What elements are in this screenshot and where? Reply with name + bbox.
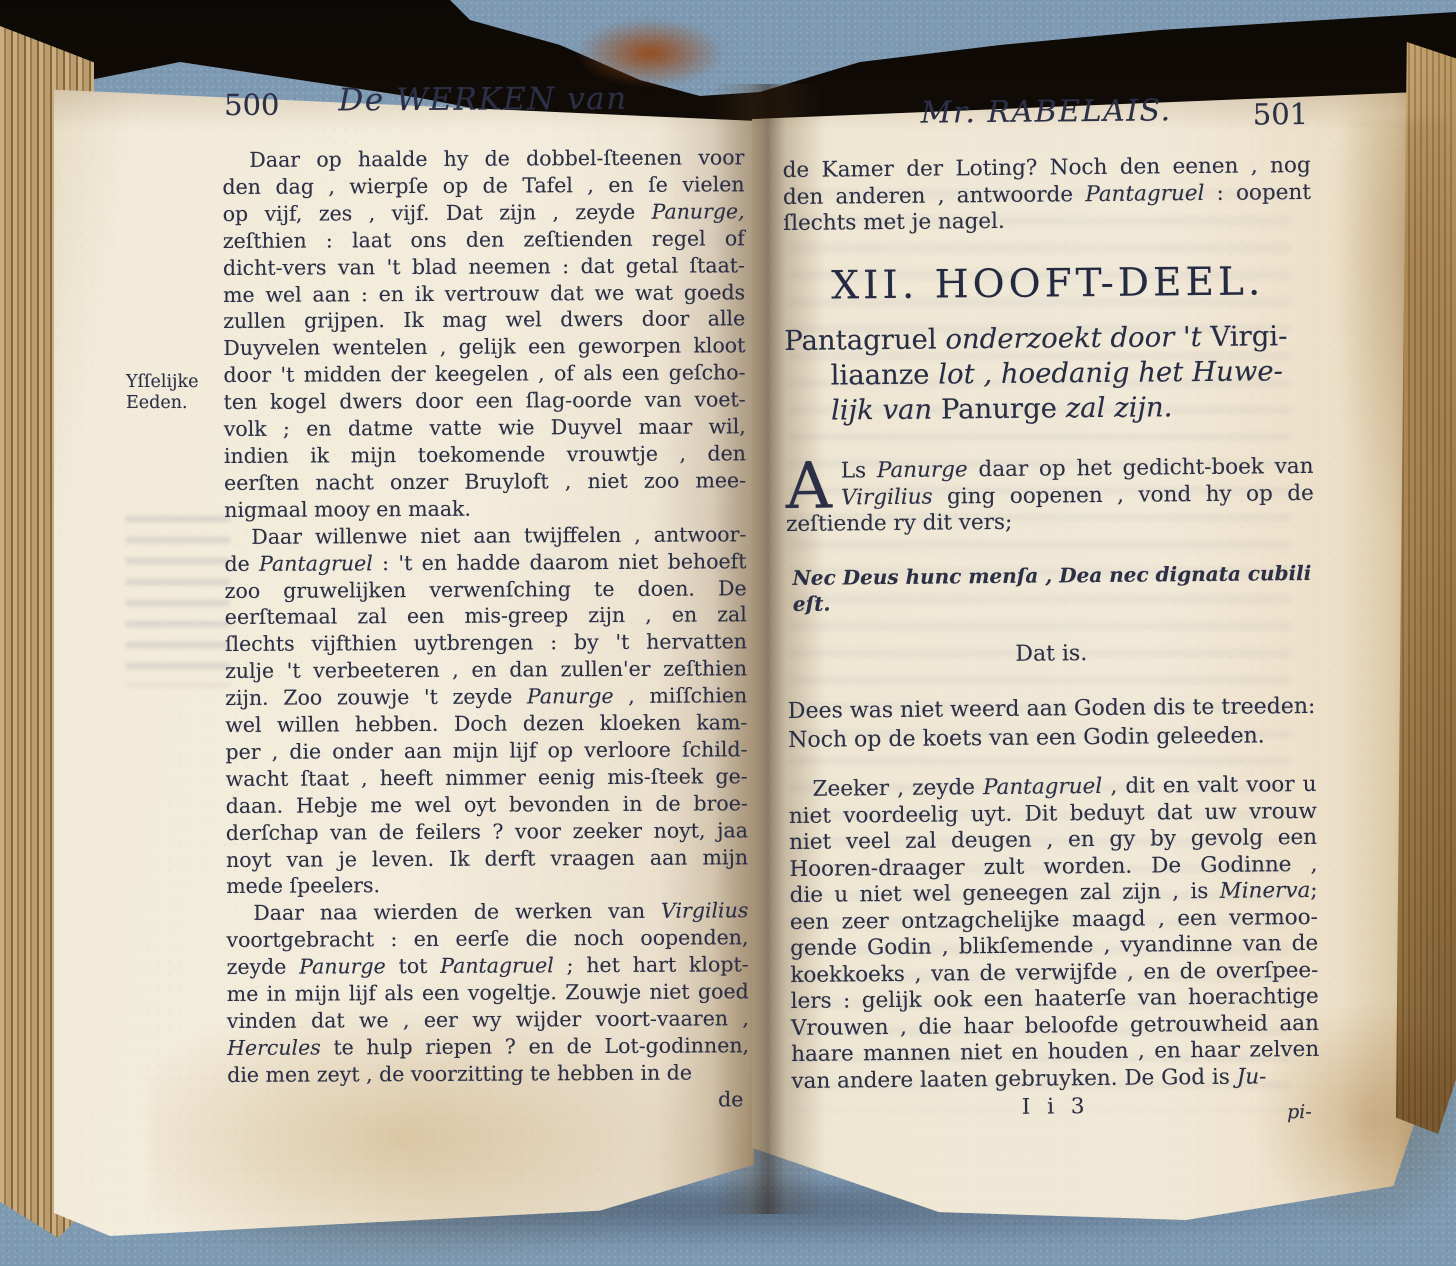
text-line: Virgilius ging oopenen , vond hy op de bbox=[786, 480, 1314, 512]
text-line: Daar naa wierden de werken van Virgilius bbox=[226, 898, 748, 928]
text-line: vinden dat we , eer wy wijder voort-vaar… bbox=[227, 1005, 749, 1035]
opening-lines: Ls Panurge daar op het gedicht-boek vanV… bbox=[785, 454, 1314, 539]
text-line: zullen grijpen. Ik mag wel dwers door al… bbox=[223, 306, 745, 336]
margin-note: YſſelijkeEeden. bbox=[126, 372, 222, 414]
text-line: Yſſelijke bbox=[126, 372, 222, 393]
text-line: noyt van je leven. Ik derft vraagen aan … bbox=[226, 844, 748, 874]
catchword: de bbox=[227, 1086, 749, 1116]
latin-verse: Nec Deus hunc menſa , Dea nec dignata cu… bbox=[792, 559, 1314, 617]
text-line: Hercules te hulp riepen ? en de Lot-godi… bbox=[227, 1032, 749, 1062]
signature-mark: I i 3 bbox=[792, 1092, 1320, 1124]
text-line: ten kogel dwers door een ſlag-oorde van … bbox=[224, 386, 746, 416]
text-line: Daar willenwe niet aan twijffelen , antw… bbox=[224, 521, 746, 551]
left-running-title: De WERKEN van bbox=[222, 85, 744, 115]
right-page-header: Mr. RABELAIS. 501 bbox=[782, 95, 1310, 146]
chapter-heading: XII. HOOFT-DEEL. bbox=[784, 268, 1312, 300]
text-line: Dees was niet weerd aan Goden dis te tre… bbox=[788, 693, 1316, 727]
text-line: zeyde Panurge tot Pantagruel ; het hart … bbox=[227, 951, 749, 981]
right-page-number: 501 bbox=[1253, 101, 1309, 128]
paragraph: Daar op haalde hy de dobbel-ſteenen voor… bbox=[222, 144, 746, 523]
text-line: ſlechts vijfthien uytbrengen : by 't her… bbox=[225, 629, 747, 659]
text-line: den anderen , antwoorde Pantagruel : oop… bbox=[783, 179, 1311, 211]
text-line: zijn. Zoo zouwje 't zeyde Panurge , miſſ… bbox=[225, 682, 747, 712]
text-line: ſlechts met je nagel. bbox=[783, 206, 1311, 238]
paragraph: Daar naa wierden de werken van Virgilius… bbox=[226, 898, 749, 1089]
text-line: eerſten nacht onzer Bruyloft , niet zoo … bbox=[224, 467, 746, 497]
text-line: Noch op de koets van een Godin geleeden. bbox=[788, 721, 1316, 755]
translated-verse: Dees was niet weerd aan Goden dis te tre… bbox=[788, 693, 1317, 755]
binding-damage-spot bbox=[575, 18, 725, 88]
text-line: dicht-vers van 't blad neemen : dat geta… bbox=[223, 252, 745, 282]
text-line: zeſtiende ry dit vers; bbox=[786, 507, 1314, 539]
text-line: door 't midden der keegelen , of als een… bbox=[223, 360, 745, 390]
text-line: die men zeyt , de voorzitting te hebben … bbox=[227, 1059, 749, 1089]
right-page-text: Mr. RABELAIS. 501 de Kamer der Loting? N… bbox=[782, 95, 1320, 1127]
text-line: mede ſpeelers. bbox=[226, 871, 748, 901]
text-line: volk ; en datme vatte wie Duyvel maar wi… bbox=[224, 413, 746, 443]
right-running-title: Mr. RABELAIS. bbox=[782, 97, 1310, 129]
text-line: zeſthien : laat ons den zeſtienden regel… bbox=[223, 225, 745, 255]
text-line: wel willen hebben. Doch dezen kloeken ka… bbox=[225, 709, 747, 739]
text-line: me in mijn lijf als een vogeltje. Zouwje… bbox=[227, 978, 749, 1008]
text-line: de Pantagruel : 't en hadde daarom niet … bbox=[224, 548, 746, 578]
text-line: liaanze lot , hoedanig het Huwe- bbox=[830, 354, 1312, 394]
paragraph: Daar willenwe niet aan twijffelen , antw… bbox=[224, 521, 748, 900]
text-line: lijk van Panurge zal zijn. bbox=[831, 389, 1313, 429]
left-page-text: 500 De WERKEN van Daar op haalde hy de d… bbox=[222, 85, 749, 1115]
drop-cap: A bbox=[785, 458, 841, 512]
text-line: van andere laaten gebruyken. De God is J… bbox=[791, 1063, 1319, 1095]
text-line: zulje 't verbeeteren , en dan zullen'er … bbox=[225, 655, 747, 685]
text-line: eerſtemaal zal een mis-greep zijn , en z… bbox=[225, 602, 747, 632]
left-page-header: 500 De WERKEN van bbox=[222, 85, 744, 134]
text-line: den dag , wierpſe op de Tafel , en ſe vi… bbox=[222, 171, 744, 201]
signature-row: I i 3 pi- bbox=[792, 1092, 1320, 1127]
opening-paragraph: A Ls Panurge daar op het gedicht-boek va… bbox=[785, 454, 1314, 539]
dat-is-label: Dat is. bbox=[787, 638, 1315, 670]
chapter-subtitle: Pantagruel onderzoekt door 't Virgi-liaa… bbox=[784, 319, 1313, 429]
text-line: indien ik mijn toekomende vrouwtje , den bbox=[224, 440, 746, 470]
text-line: per , die onder aan mijn lijf op verloor… bbox=[225, 736, 747, 766]
text-line: me wel aan : en ik vertrouw dat we wat g… bbox=[223, 279, 745, 309]
catchword: pi- bbox=[1287, 1099, 1312, 1126]
text-line: nigmaal mooy en maak. bbox=[224, 494, 746, 524]
text-line: Duyvelen wentelen , gelijk een geworpen … bbox=[223, 333, 745, 363]
continuation-paragraph: de Kamer der Loting? Noch den eenen , no… bbox=[783, 153, 1312, 238]
book-photo-scene: 500 De WERKEN van Daar op haalde hy de d… bbox=[0, 0, 1456, 1266]
text-line: daan. Hebje me wel oyt bevonden in de br… bbox=[226, 790, 748, 820]
text-line: Pantagruel onderzoekt door 't Virgi- bbox=[784, 319, 1312, 359]
text-line: Daar op haalde hy de dobbel-ſteenen voor bbox=[222, 144, 744, 174]
body-paragraph: Zeeker , zeyde Pantagruel , dit en valt … bbox=[788, 772, 1319, 1095]
text-line: wacht ſtaat , heeft nimmer eenig mis-ſte… bbox=[226, 763, 748, 793]
text-line: Eeden. bbox=[126, 393, 222, 414]
text-line: voortgebracht : en eerſe die noch oopend… bbox=[226, 925, 748, 955]
text-line: op vijf, zes , vijf. Dat zijn , zeyde Pa… bbox=[223, 198, 745, 228]
text-line: zoo gruwelijken verwenſching te doen. De bbox=[225, 575, 747, 605]
text-line: derſchap van de feilers ? voor zeeker no… bbox=[226, 817, 748, 847]
